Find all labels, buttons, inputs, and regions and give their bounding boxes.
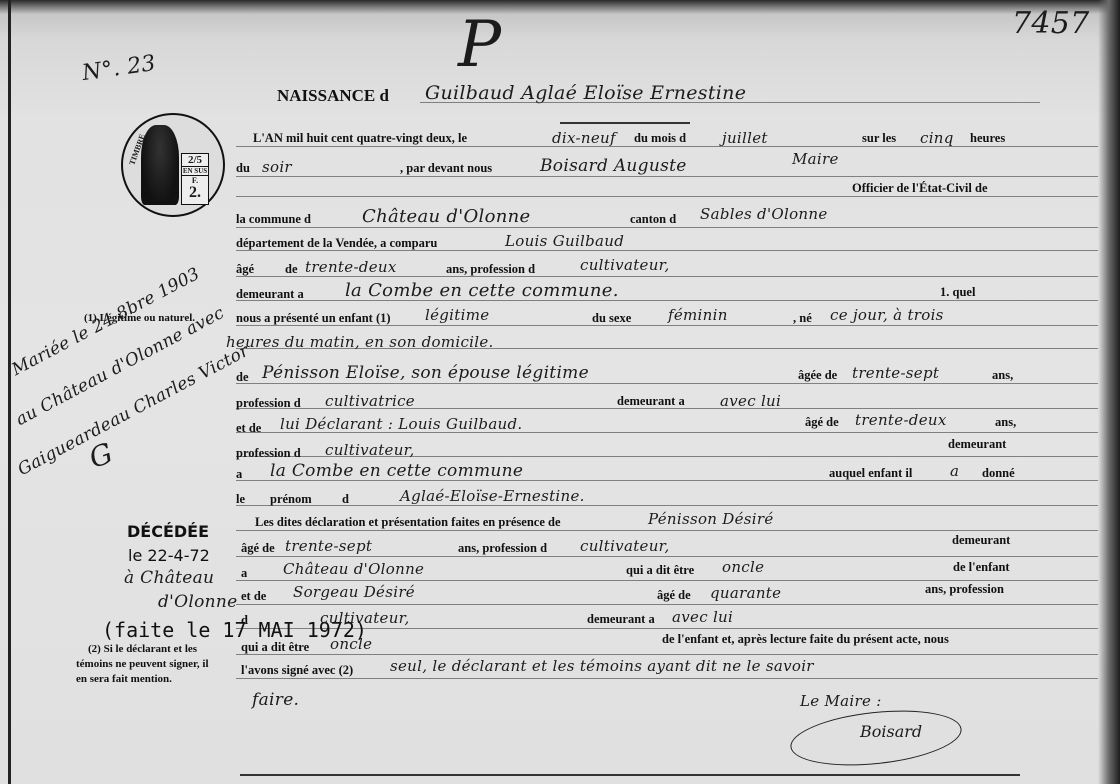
- birth-record-page: 7457 N°. 23 P NAISSANCE d Guilbaud Aglaé…: [0, 0, 1120, 784]
- record-number: N°. 23: [81, 51, 158, 86]
- witness2-profession-label: ans, profession: [925, 582, 1004, 597]
- witness1-profession: cultivateur,: [580, 537, 670, 555]
- auquel-label: auquel enfant il: [829, 466, 912, 481]
- mother-age: trente-sept: [852, 364, 939, 382]
- witness2-relation: oncle: [330, 635, 372, 653]
- signing-statement-end: faire.: [252, 690, 299, 710]
- death-place-1: à Château: [124, 568, 214, 588]
- mother-demeurant-label: demeurant a: [617, 394, 685, 409]
- stamp-value: 2.: [182, 185, 208, 201]
- witness2-age-label: âgé de: [657, 588, 691, 603]
- signing-statement: seul, le déclarant et les témoins ayant …: [390, 657, 814, 675]
- profession-label: ans, profession d: [446, 262, 535, 277]
- marriage-note-initials: G: [85, 436, 118, 475]
- time-of-day-value: soir: [262, 158, 292, 176]
- hour-label: sur les: [862, 131, 896, 146]
- mayor-signature: Boisard: [860, 722, 922, 741]
- de-label: de: [285, 262, 298, 277]
- day-value: dix-neuf: [552, 129, 616, 147]
- witness1-relation-label: qui a dit être: [626, 563, 694, 578]
- age-label: âgé: [236, 262, 254, 277]
- prenom-label: prénom: [270, 492, 312, 507]
- footnote-2-line-1: (2) Si le déclarant et les: [88, 643, 197, 655]
- father-profession-label: profession d: [236, 446, 301, 461]
- demeurant-label: demeurant a: [236, 287, 304, 302]
- officer-title: Maire: [792, 150, 839, 168]
- ne-label: , né: [793, 311, 812, 326]
- record-title: NAISSANCE d: [277, 86, 389, 106]
- commune-label: la commune d: [236, 212, 311, 227]
- quel-label: 1. quel: [940, 285, 975, 300]
- ruled-line: [236, 176, 1098, 177]
- death-place-2: d'Olonne: [158, 592, 238, 612]
- witness1-residence: Château d'Olonne: [283, 560, 424, 578]
- justice-figure-icon: [141, 125, 179, 205]
- de-lenfant-label: de l'enfant: [953, 560, 1010, 575]
- tax-stamp: TIMBRE 2/5 EN SUS F. 2.: [121, 113, 225, 217]
- death-heading: DÉCÉDÉE: [127, 522, 209, 541]
- father-a-label: a: [236, 467, 242, 482]
- heures-label: heures: [970, 131, 1005, 146]
- mother-age-label: âgée de: [798, 368, 837, 383]
- father-profession: cultivateur,: [325, 441, 415, 459]
- month-value: juillet: [722, 129, 768, 147]
- declarant-name: Louis Guilbaud: [505, 232, 624, 250]
- canton-label: canton d: [630, 212, 676, 227]
- witness2-d-label: d: [241, 613, 248, 628]
- title-rule: [420, 102, 1040, 103]
- ruled-line: [236, 556, 1098, 557]
- bottom-rule: [240, 774, 1020, 776]
- ruled-line: [236, 383, 1098, 384]
- father-ans-label: ans,: [995, 415, 1016, 430]
- subject-name: Guilbaud Aglaé Eloïse Ernestine: [425, 82, 746, 104]
- mother-de-label: de: [236, 370, 249, 385]
- witness1-age-label: âgé de: [241, 541, 275, 556]
- given-names: Aglaé-Eloïse-Ernestine.: [400, 487, 585, 505]
- ruled-line: [236, 276, 1098, 277]
- father-residence: la Combe en cette commune: [270, 461, 523, 481]
- declarant-age: trente-deux: [305, 258, 397, 276]
- witness1-a-label: a: [241, 566, 247, 581]
- birth-time-value: ce jour, à trois: [830, 306, 944, 324]
- scan-top-shadow: [0, 0, 1120, 14]
- line1-text: L'AN mil huit cent quatre-vingt deux, le: [253, 131, 467, 146]
- ruled-line: [236, 146, 1098, 147]
- canton-value: Sables d'Olonne: [700, 205, 828, 223]
- footnote-2-line-2: témoins ne peuvent signer, il: [76, 658, 209, 670]
- auquel-value: a: [950, 462, 959, 480]
- sex-value: féminin: [668, 306, 728, 324]
- month-label: du mois d: [634, 131, 686, 146]
- mayor-title: Le Maire :: [800, 692, 882, 710]
- ruled-line: [236, 678, 1098, 679]
- mother-profession: cultivatrice: [325, 392, 415, 410]
- death-date: le 22-4-72: [128, 546, 210, 565]
- stamp-fraction: 2/5: [182, 154, 208, 167]
- par-devant-label: , par devant nous: [400, 161, 492, 176]
- hour-value: cinq: [920, 129, 954, 147]
- le-label: le: [236, 492, 245, 507]
- witness2-et-de-label: et de: [241, 589, 266, 604]
- presente-label: nous a présenté un enfant (1): [236, 311, 391, 326]
- ruled-line: [236, 580, 1098, 581]
- left-margin-rule: [8, 0, 11, 784]
- archive-number: 7457: [1012, 6, 1090, 41]
- officier-label: Officier de l'État-Civil de: [852, 181, 988, 196]
- mother-ans-label: ans,: [992, 368, 1013, 383]
- stamp-value-panel: 2/5 EN SUS F. 2.: [181, 153, 209, 205]
- title-flourish: [560, 122, 690, 124]
- witness2-profession: cultivateur,: [320, 609, 410, 627]
- officer-name: Boisard Auguste: [540, 156, 687, 176]
- commune-value: Château d'Olonne: [362, 206, 531, 227]
- father-age: trente-deux: [855, 411, 947, 429]
- signe-avec-label: l'avons signé avec (2): [241, 663, 353, 678]
- declarant-profession: cultivateur,: [580, 256, 670, 274]
- witness1-demeurant-label: demeurant: [952, 533, 1010, 548]
- stamp-subtext: EN SUS: [182, 167, 208, 176]
- presence-label: Les dites déclaration et présentation fa…: [255, 515, 561, 530]
- prenom-d-label: d: [342, 492, 349, 507]
- father-demeurant-label: demeurant: [948, 437, 1006, 452]
- ruled-line: [236, 654, 1098, 655]
- paraph-mark: P: [458, 8, 501, 82]
- father-name: lui Déclarant : Louis Guilbaud.: [280, 415, 523, 433]
- declarant-residence: la Combe en cette commune.: [345, 280, 619, 301]
- witness1-age: trente-sept: [285, 537, 372, 555]
- lecture-label: de l'enfant et, après lecture faite du p…: [662, 632, 949, 647]
- mother-name: Pénisson Eloïse, son épouse légitime: [262, 363, 589, 383]
- witness2-residence: avec lui: [672, 608, 733, 626]
- witness1-relation: oncle: [722, 558, 764, 576]
- witness2-name: Sorgeau Désiré: [293, 583, 415, 601]
- mother-profession-label: profession d: [236, 396, 301, 411]
- donne-label: donné: [982, 466, 1015, 481]
- ruled-line: [236, 227, 1098, 228]
- witness2-demeurant-label: demeurant a: [587, 612, 655, 627]
- ruled-line: [236, 530, 1098, 531]
- witness2-relation-label: qui a dit être: [241, 640, 309, 655]
- footnote-2-line-3: en sera fait mention.: [76, 673, 172, 685]
- witness2-age: quarante: [710, 584, 781, 602]
- mother-residence: avec lui: [720, 392, 781, 410]
- witness1-name: Pénisson Désiré: [648, 510, 774, 528]
- departement-label: département de la Vendée, a comparu: [236, 236, 437, 251]
- scan-right-edge: [1098, 0, 1120, 784]
- birth-time-continued: heures du matin, en son domicile.: [226, 333, 494, 351]
- witness1-profession-label: ans, profession d: [458, 541, 547, 556]
- legitimacy-value: légitime: [425, 306, 489, 324]
- ruled-line: [236, 505, 1098, 506]
- father-et-de-label: et de: [236, 421, 261, 436]
- sexe-label: du sexe: [592, 311, 631, 326]
- father-age-label: âgé de: [805, 415, 839, 430]
- ruled-line: [236, 604, 1098, 605]
- du-label: du: [236, 161, 250, 176]
- ruled-line: [236, 196, 1098, 197]
